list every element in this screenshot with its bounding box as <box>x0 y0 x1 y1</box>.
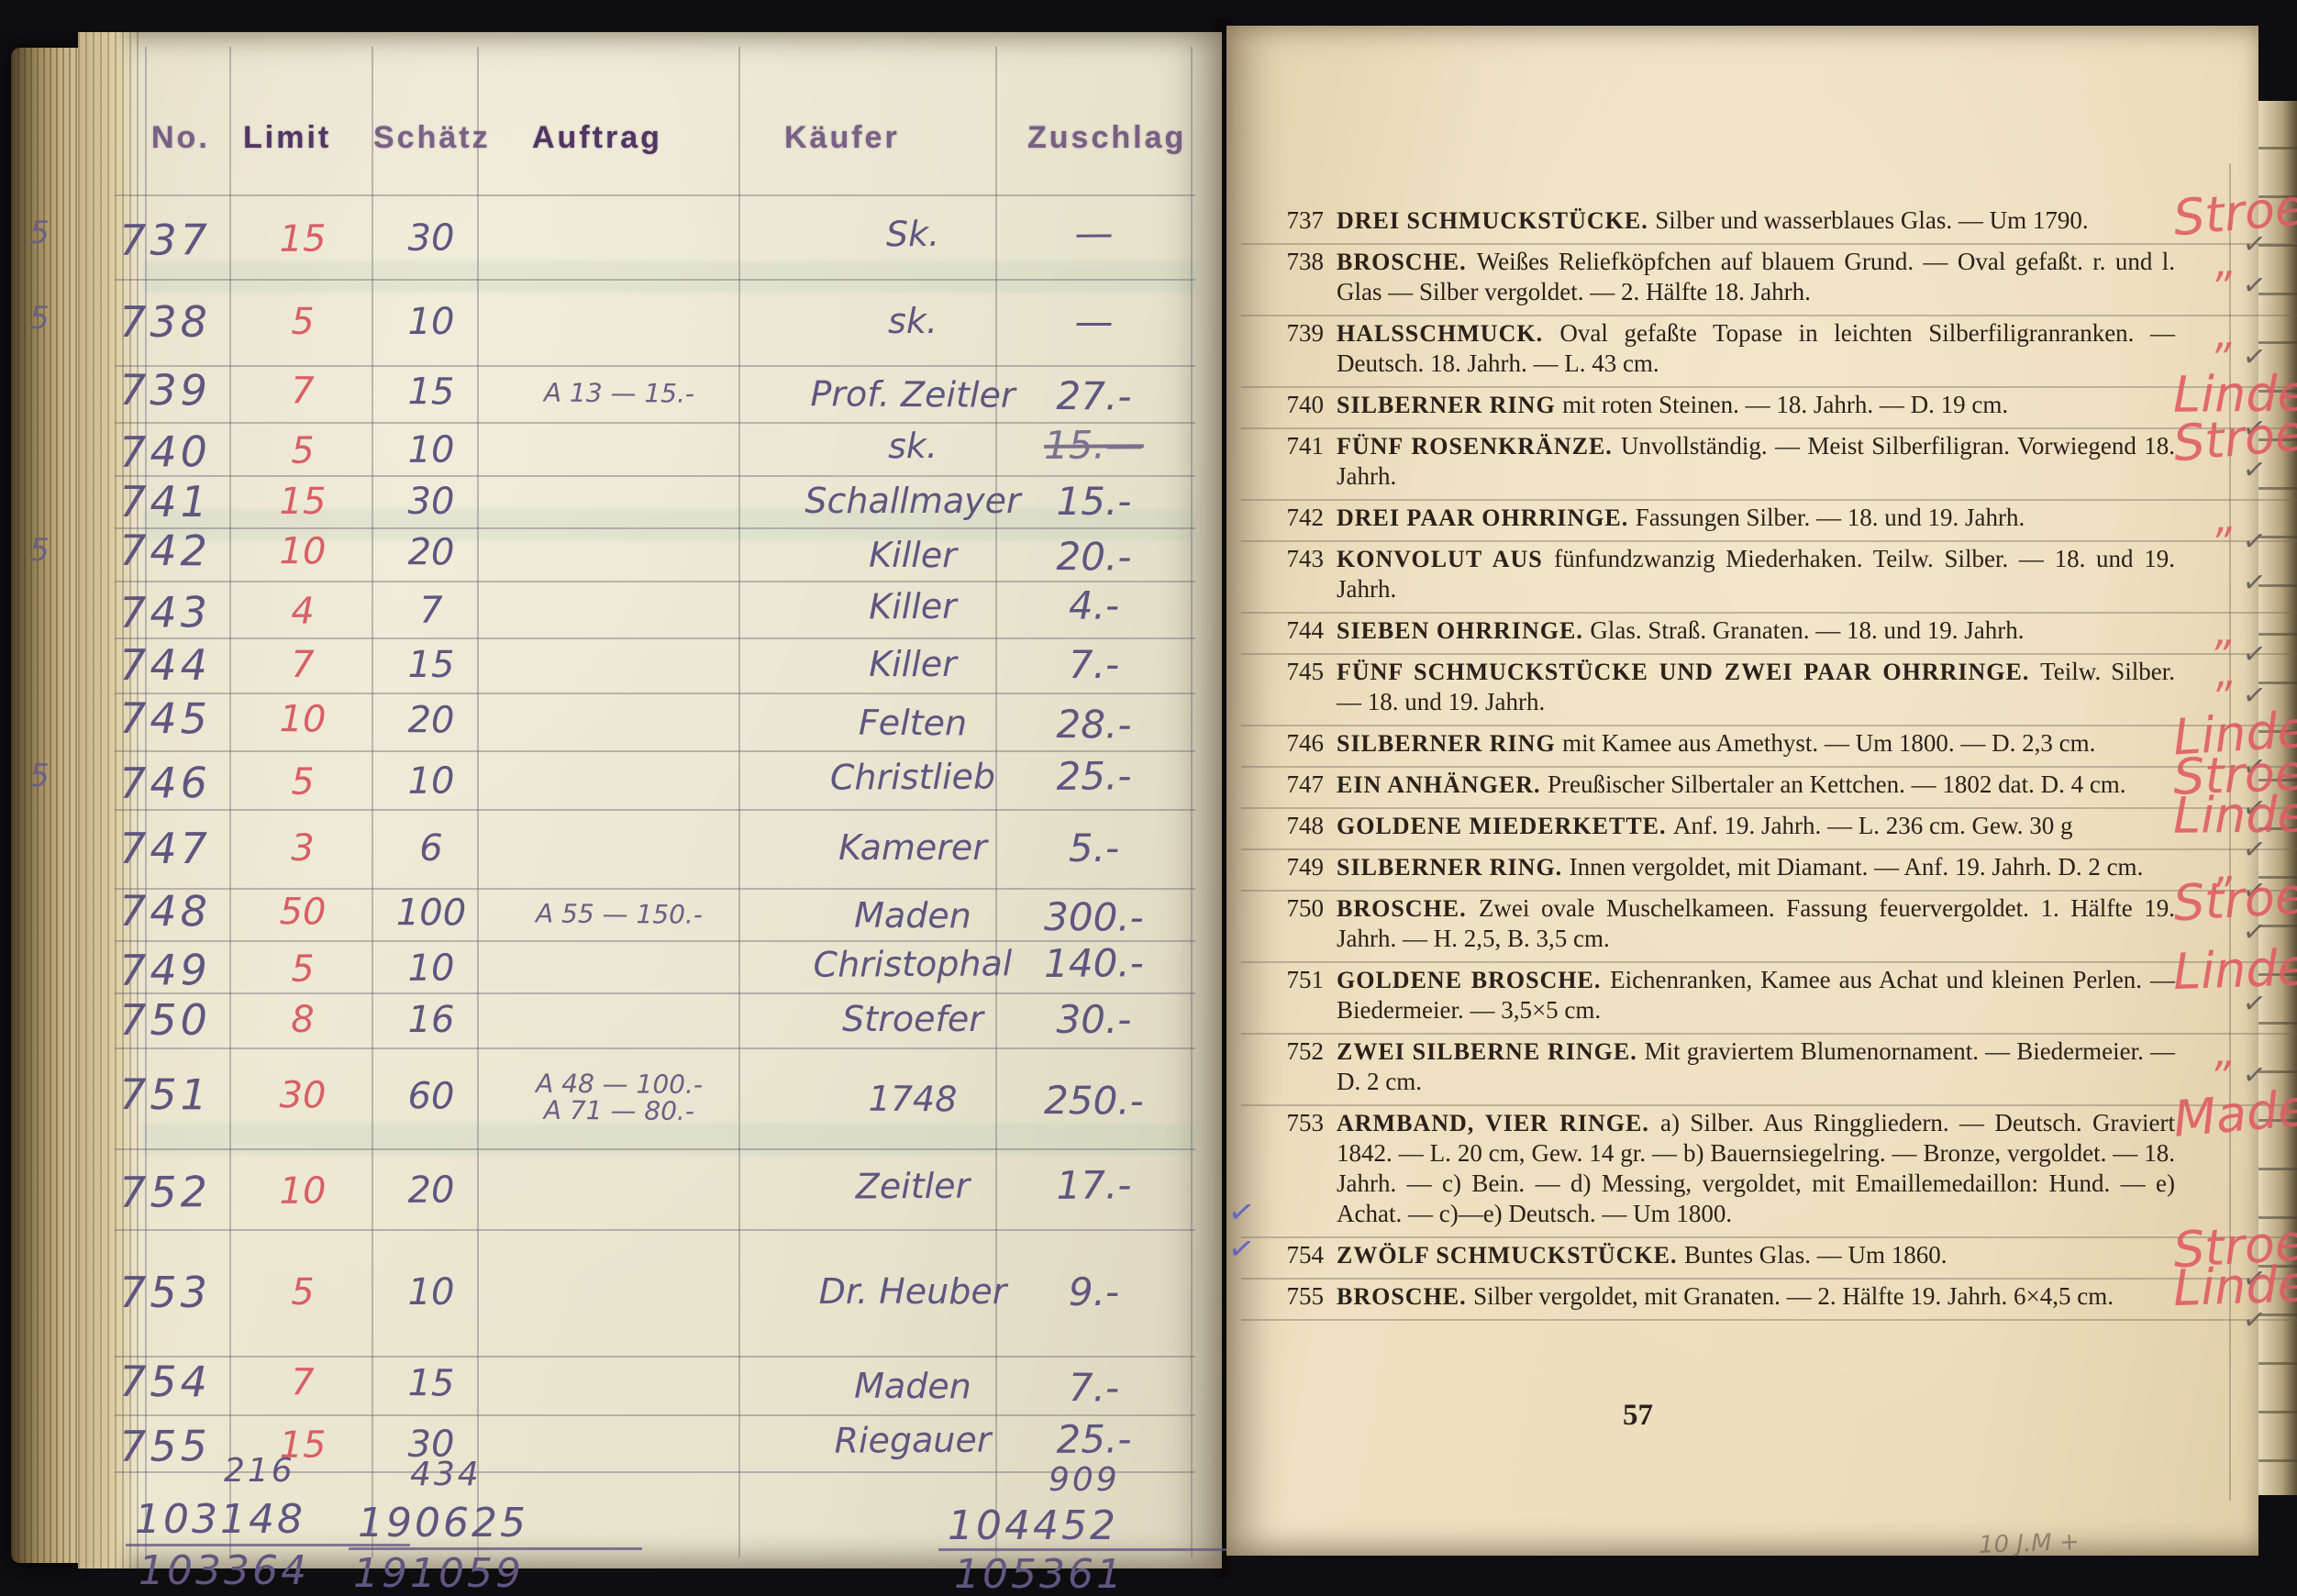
pencil-check-icon: ✓ <box>2241 269 2268 302</box>
catalog-lot-number: 738 <box>1265 247 1324 277</box>
margin-count-mark: 5 <box>21 215 58 251</box>
hammer-price-cell: 28.- <box>1004 704 1183 745</box>
catalog-lot-number: 746 <box>1265 728 1324 759</box>
ledger-row: 743 4 7 Killer 4.- <box>78 577 1222 642</box>
catalog-lot-number: 743 <box>1265 544 1324 574</box>
pencil-check-icon: ✓ <box>2241 525 2268 558</box>
ledger-row: 751 30 60 A 48 — 100.- A 71 — 80.- 1748 … <box>78 1044 1223 1153</box>
catalog-entry: 745 FÜNF SCHMUCKSTÜCKE UND ZWEI PAAR OHR… <box>1265 657 2175 720</box>
catalog-lot-number: 753 <box>1265 1108 1324 1138</box>
lot-number-cell: 741 <box>105 479 225 523</box>
hammer-price-cell: — <box>1004 302 1183 342</box>
estimate-cell: 15 <box>381 1364 482 1403</box>
estimate-cell: 20 <box>381 533 482 572</box>
margin-annotation: „ <box>2214 656 2238 688</box>
catalog-entry: 754 ZWÖLF SCHMUCKSTÜCKE. Buntes Glas. — … <box>1265 1240 2175 1273</box>
estimate-cell: 15 <box>381 646 482 684</box>
order-note-cell <box>486 720 752 722</box>
catalog-lot-text: Silber vergoldet, mit Granaten. — 2. Häl… <box>1473 1282 2114 1310</box>
catalog-entry: 751 GOLDENE BROSCHE. Eichenranken, Kamee… <box>1265 965 2175 1028</box>
hammer-price-cell: 9.- <box>1004 1272 1183 1313</box>
estimate-cell: 10 <box>381 761 482 801</box>
catalog-lot-number: 749 <box>1265 852 1324 882</box>
estimate-cell: 100 <box>381 892 482 932</box>
lot-number-cell: 746 <box>105 760 225 805</box>
header-zuschlag: Zuschlag <box>1027 120 1186 156</box>
catalog-lot-number: 745 <box>1265 657 1324 687</box>
margin-annotation: „ <box>2214 1036 2236 1067</box>
estimate-cell: 16 <box>381 1001 482 1039</box>
order-note-cell <box>486 236 752 238</box>
ledger-row: 749 5 10 Christophal 140.- <box>78 937 1222 997</box>
lot-number-cell: 753 <box>105 1270 225 1314</box>
catalog-lot-number: 740 <box>1265 390 1324 420</box>
catalog-lot-title: ZWEI SILBERNE RINGE. <box>1337 1038 1645 1065</box>
catalog-lot-title: BROSCHE. <box>1337 895 1479 922</box>
ledger-row: 753 5 10 Dr. Heuber 9.- <box>78 1229 1222 1356</box>
header-auftrag: Auftrag <box>532 120 662 156</box>
pencil-check-icon: ✓ <box>2241 453 2268 486</box>
ledger-row: 737 15 30 Sk. — <box>78 191 1223 283</box>
order-note-cell <box>486 1384 752 1386</box>
header-no: No. <box>151 120 210 156</box>
margin-annotation: Maden <box>2172 1090 2297 1135</box>
estimate-cell: 10 <box>381 303 482 341</box>
catalog-lot-text: Anf. 19. Jahrh. — L. 236 cm. Gew. 30 g <box>1673 812 2072 839</box>
ledger-row: 747 3 6 Kamerer 5.- <box>78 809 1222 888</box>
limit-cell: 10 <box>243 532 362 571</box>
catalog-lot-number: 754 <box>1265 1240 1324 1270</box>
estimate-cell: 7 <box>381 591 482 630</box>
margin-annotation: Linden <box>2173 799 2297 831</box>
catalog-entry: 737 DREI SCHMUCKSTÜCKE. Silber und wasse… <box>1265 205 2175 238</box>
limit-grand-total: 103364 <box>139 1547 309 1594</box>
catalog-lot-title: SILBERNER RING <box>1337 730 1562 757</box>
catalog-lot-text: Glas. Straß. Granaten. — 18. und 19. Jah… <box>1590 616 2024 644</box>
catalog-entry: 741 FÜNF ROSENKRÄNZE. Unvollständig. — M… <box>1265 431 2175 494</box>
header-schaetz: Schätz <box>373 120 491 156</box>
limit-cell: 10 <box>243 699 362 738</box>
estimate-cell: 10 <box>381 948 482 988</box>
ledger-row: 752 10 20 Zeitler 17.- <box>78 1145 1223 1234</box>
ledger-row: 741 15 30 Schallmayer 15.- <box>78 475 1222 527</box>
order-note-cell: A 48 — 100.- A 71 — 80.- <box>486 1070 752 1125</box>
lot-number-cell: 749 <box>105 948 225 992</box>
hammer-price-cell: 140.- <box>1004 942 1183 983</box>
limit-cell: 5 <box>243 303 362 341</box>
margin-annotation: Linden <box>2172 1268 2297 1303</box>
catalog-entry: 746 SILBERNER RING mit Kamee aus Amethys… <box>1265 728 2175 761</box>
catalog-lot-text: Innen vergoldet, mit Diamant. — Anf. 19.… <box>1570 853 2144 881</box>
lot-number-cell: 739 <box>105 368 225 413</box>
ledger-row: 754 7 15 Maden 7.- <box>78 1352 1222 1419</box>
hammer-price-cell: 15.- <box>1004 481 1183 521</box>
catalog-lot-title: SILBERNER RING. <box>1337 854 1570 881</box>
catalog-lot-number: 742 <box>1265 503 1324 533</box>
limit-cell: 5 <box>243 762 362 802</box>
catalog-lot-number: 744 <box>1265 615 1324 646</box>
page-number: 57 <box>1623 1399 1653 1433</box>
lot-number-cell: 748 <box>105 888 225 933</box>
catalog-lot-text: Silber und wasserblaues Glas. — Um 1790. <box>1655 206 2088 234</box>
pencil-check-icon: ✓ <box>2241 833 2268 866</box>
hammer-price-cell: 25.- <box>1004 756 1183 797</box>
ledger-row: 744 7 15 Killer 7.- <box>78 637 1222 693</box>
catalog-lot-title: FÜNF SCHMUCKSTÜCKE UND ZWEI PAAR OHRRING… <box>1337 659 2040 685</box>
order-note-cell <box>486 1442 752 1444</box>
margin-count-mark: 5 <box>21 300 58 337</box>
limit-sum: 103148 <box>135 1496 305 1543</box>
estimate-cell: 30 <box>381 218 482 258</box>
header-kaeufer: Käufer <box>784 120 900 156</box>
ledger-row: 746 5 10 Christlieb 25.- <box>78 747 1222 814</box>
catalog-lot-text: mit roten Steinen. — 18. Jahrh. — D. 19 … <box>1562 391 2008 418</box>
pencil-check-icon: ✓ <box>2241 1303 2268 1336</box>
book-scan: { "ledger": { "headers": { "no": "No.", … <box>0 0 2297 1596</box>
hammer-price-cell: 7.- <box>1004 645 1183 685</box>
ledger-page: No. Limit Schätz Auftrag Käufer Zuschlag… <box>78 32 1222 1568</box>
pencil-check-icon: ✓ <box>2241 987 2268 1020</box>
limit-cell: 5 <box>243 1273 362 1312</box>
lot-number-cell: 740 <box>105 429 225 474</box>
estimate-sum: 190625 <box>358 1500 528 1546</box>
catalog-lot-number: 747 <box>1265 770 1324 800</box>
left-page-stack-edge <box>11 48 83 1563</box>
margin-count-mark: 5 <box>21 758 58 794</box>
catalog-lot-title: EIN ANHÄNGER. <box>1337 771 1548 798</box>
catalog-entries: 737 DREI SCHMUCKSTÜCKE. Silber und wasse… <box>1265 205 2175 1323</box>
catalog-lot-title: ZWÖLF SCHMUCKSTÜCKE. <box>1337 1242 1684 1269</box>
catalog-lot-title: DREI SCHMUCKSTÜCKE. <box>1337 207 1655 234</box>
catalog-lot-number: 748 <box>1265 811 1324 841</box>
margin-annotation: Linden <box>2172 951 2297 987</box>
hammer-price-cell: 30.- <box>1004 1000 1183 1040</box>
limit-cell: 10 <box>243 1171 362 1211</box>
order-note-cell: A 55 — 150.- <box>486 900 752 928</box>
catalog-lot-title: FÜNF ROSENKRÄNZE. <box>1337 433 1621 460</box>
hammer-price-cell: 7.- <box>1004 1368 1183 1409</box>
ledger-row: 740 5 10 sk. 15.— <box>78 418 1222 480</box>
margin-annotation: „ <box>2214 502 2237 533</box>
limit-cell: 5 <box>243 949 362 989</box>
lot-number-cell: 747 <box>105 826 225 870</box>
lot-number-cell: 750 <box>105 998 225 1042</box>
catalog-entry: 744 SIEBEN OHRRINGE. Glas. Straß. Granat… <box>1265 615 2175 648</box>
lot-number-cell: 737 <box>105 217 225 262</box>
lot-number-cell: 738 <box>105 300 225 344</box>
margin-annotation: Stroefer <box>2172 876 2297 918</box>
ledger-row: 748 50 100 A 55 — 150.- Maden 300.- <box>78 884 1222 945</box>
catalog-entry: 750 BROSCHE. Zwei ovale Muschelkameen. F… <box>1265 893 2175 957</box>
pencil-corner-note: 10 J.M + <box>1979 1528 2081 1559</box>
catalog-lot-title: GOLDENE MIEDERKETTE. <box>1337 813 1673 839</box>
order-note-cell: A 13 — 15.- <box>486 379 752 407</box>
hammer-price-cell: 27.- <box>1004 376 1183 417</box>
catalog-lot-number: 755 <box>1265 1281 1324 1312</box>
catalog-lot-number: 752 <box>1265 1036 1324 1067</box>
blue-check-icon: ✓ <box>1226 1233 1257 1267</box>
lot-number-cell: 745 <box>105 695 225 740</box>
lot-number-cell: 752 <box>105 1169 225 1214</box>
catalog-lot-title: DREI PAAR OHRRINGE. <box>1337 504 1636 531</box>
catalog-lot-text: Buntes Glas. — Um 1860. <box>1684 1241 1947 1269</box>
lot-number-cell: 744 <box>105 643 225 687</box>
pencil-check-icon: ✓ <box>2241 566 2268 599</box>
estimate-cell: 10 <box>381 1273 482 1312</box>
ledger-row: 738 5 10 sk. — <box>78 279 1222 365</box>
estimate-grand-total: 191059 <box>353 1550 524 1596</box>
margin-annotation: „ <box>2214 246 2237 277</box>
order-note-cell <box>486 966 752 968</box>
hammer-grand-total: 105361 <box>954 1551 1125 1596</box>
order-note-cell <box>486 1188 752 1190</box>
catalog-entry: 743 KONVOLUT AUS fünfundzwanzig Miederha… <box>1265 544 2175 607</box>
ledger-row: 750 8 16 Stroefer 30.- <box>78 992 1222 1047</box>
margin-annotation: Stroefer <box>2172 412 2297 460</box>
estimate-cell: 20 <box>381 1170 482 1210</box>
order-note-cell <box>486 608 752 610</box>
catalog-entry: 755 BROSCHE. Silber vergoldet, mit Grana… <box>1265 1281 2175 1314</box>
limit-cell: 4 <box>243 592 362 631</box>
limit-cell: 5 <box>243 431 362 471</box>
hammer-price-cell: 15.— <box>1004 425 1183 466</box>
hammer-price-cell: 4.- <box>1004 585 1183 626</box>
hammer-price-cell: 17.- <box>1004 1165 1183 1206</box>
margin-annotation: „ <box>2214 318 2236 349</box>
header-limit: Limit <box>243 120 331 156</box>
lot-number-cell: 754 <box>105 1359 225 1404</box>
hammer-price-cell: 20.- <box>1004 537 1183 578</box>
ledger-row: 742 10 20 Killer 20.- <box>78 524 1222 585</box>
ledger-row: 739 7 15 A 13 — 15.- Prof. Zeitler 27.- <box>78 361 1222 427</box>
order-note-cell <box>486 448 752 449</box>
catalog-lot-number: 741 <box>1265 431 1324 461</box>
pencil-check-icon: ✓ <box>2241 227 2268 260</box>
lot-number-cell: 755 <box>105 1424 225 1469</box>
blue-check-icon: ✓ <box>1226 1196 1257 1230</box>
catalog-entry: 752 ZWEI SILBERNE RINGE. Mit graviertem … <box>1265 1036 2175 1100</box>
catalog-entry: 740 SILBERNER RING mit roten Steinen. — … <box>1265 390 2175 423</box>
catalog-entry: 738 BROSCHE. Weißes Reliefköpfchen auf b… <box>1265 247 2175 310</box>
catalog-lot-title: GOLDENE BROSCHE. <box>1337 967 1610 993</box>
limit-cell: 50 <box>243 892 362 931</box>
margin-annotation: „ <box>2214 615 2236 646</box>
catalog-lot-title: HALSSCHMUCK. <box>1337 320 1559 347</box>
catalog-entry: 742 DREI PAAR OHRRINGE. Fassungen Silber… <box>1265 503 2175 536</box>
hammer-price-cell: 300.- <box>1004 896 1183 937</box>
limit-cell: 7 <box>243 1363 362 1402</box>
catalog-lot-title: BROSCHE. <box>1337 249 1477 275</box>
estimate-cell: 10 <box>381 430 482 470</box>
hammer-price-cell: 25.- <box>1004 1419 1183 1460</box>
limit-cell: 15 <box>243 482 362 521</box>
catalog-entry: 739 HALSSCHMUCK. Oval gefaßte Topase in … <box>1265 318 2175 382</box>
catalog-lot-title: BROSCHE. <box>1337 1283 1473 1310</box>
catalog-lot-title: SIEBEN OHRRINGE. <box>1337 617 1590 644</box>
catalog-lot-number: 739 <box>1265 318 1324 349</box>
margin-annotation: Stroefer <box>2172 186 2297 234</box>
limit-cell: 7 <box>243 371 362 411</box>
catalog-lot-number: 751 <box>1265 965 1324 995</box>
catalog-entry: 749 SILBERNER RING. Innen vergoldet, mit… <box>1265 852 2175 885</box>
hammer-sum: 104452 <box>948 1502 1118 1549</box>
limit-cell: 3 <box>243 829 362 868</box>
order-note-cell <box>486 779 752 781</box>
hammer-price-cell: 250.- <box>1004 1081 1183 1122</box>
limit-cell: 7 <box>243 646 362 684</box>
catalog-lot-number: 737 <box>1265 205 1324 236</box>
pencil-check-icon: ✓ <box>2241 637 2268 671</box>
lot-number-cell: 742 <box>105 528 225 573</box>
estimate-cell: 60 <box>381 1077 482 1116</box>
estimate-cell: 15 <box>381 372 482 412</box>
catalog-lot-text: mit Kamee aus Amethyst. — Um 1800. — D. … <box>1562 729 2095 757</box>
catalog-lot-text: Fassungen Silber. — 18. und 19. Jahrh. <box>1636 504 2025 531</box>
estimate-cell: 20 <box>381 700 482 739</box>
catalog-entry: 748 GOLDENE MIEDERKETTE. Anf. 19. Jahrh.… <box>1265 811 2175 844</box>
catalog-lot-number: 750 <box>1265 893 1324 924</box>
estimate-cell: 30 <box>381 482 482 521</box>
lot-number-cell: 743 <box>105 590 225 635</box>
order-note-cell <box>486 553 752 555</box>
limit-cell: 15 <box>243 219 362 259</box>
catalog-lot-title: KONVOLUT AUS <box>1337 546 1554 572</box>
limit-cell: 30 <box>243 1076 362 1115</box>
margin-count-mark: 5 <box>21 532 58 569</box>
catalog-page: 737 DREI SCHMUCKSTÜCKE. Silber und wasse… <box>1226 26 2258 1556</box>
estimate-cell: 6 <box>381 829 482 868</box>
limit-cell: 8 <box>243 1001 362 1039</box>
catalog-lot-text: Preußischer Silbertaler an Kettchen. — 1… <box>1548 770 2126 798</box>
catalog-lot-title: ARMBAND, VIER RINGE. <box>1337 1110 1660 1136</box>
hammer-subtotal: 909 <box>1049 1461 1120 1499</box>
ledger-row: 745 10 20 Felten 28.- <box>78 689 1222 755</box>
catalog-entry: 753 ARMBAND, VIER RINGE. a) Silber. Aus … <box>1265 1108 2175 1232</box>
lot-number-cell: 751 <box>105 1072 225 1117</box>
catalog-lot-title: SILBERNER RING <box>1337 392 1562 418</box>
catalog-entry: 747 EIN ANHÄNGER. Preußischer Silbertale… <box>1265 770 2175 803</box>
hammer-price-cell: 5.- <box>1004 828 1183 869</box>
hammer-price-cell: — <box>1004 213 1183 254</box>
estimate-subtotal: 434 <box>410 1456 482 1493</box>
limit-subtotal: 216 <box>224 1452 295 1490</box>
